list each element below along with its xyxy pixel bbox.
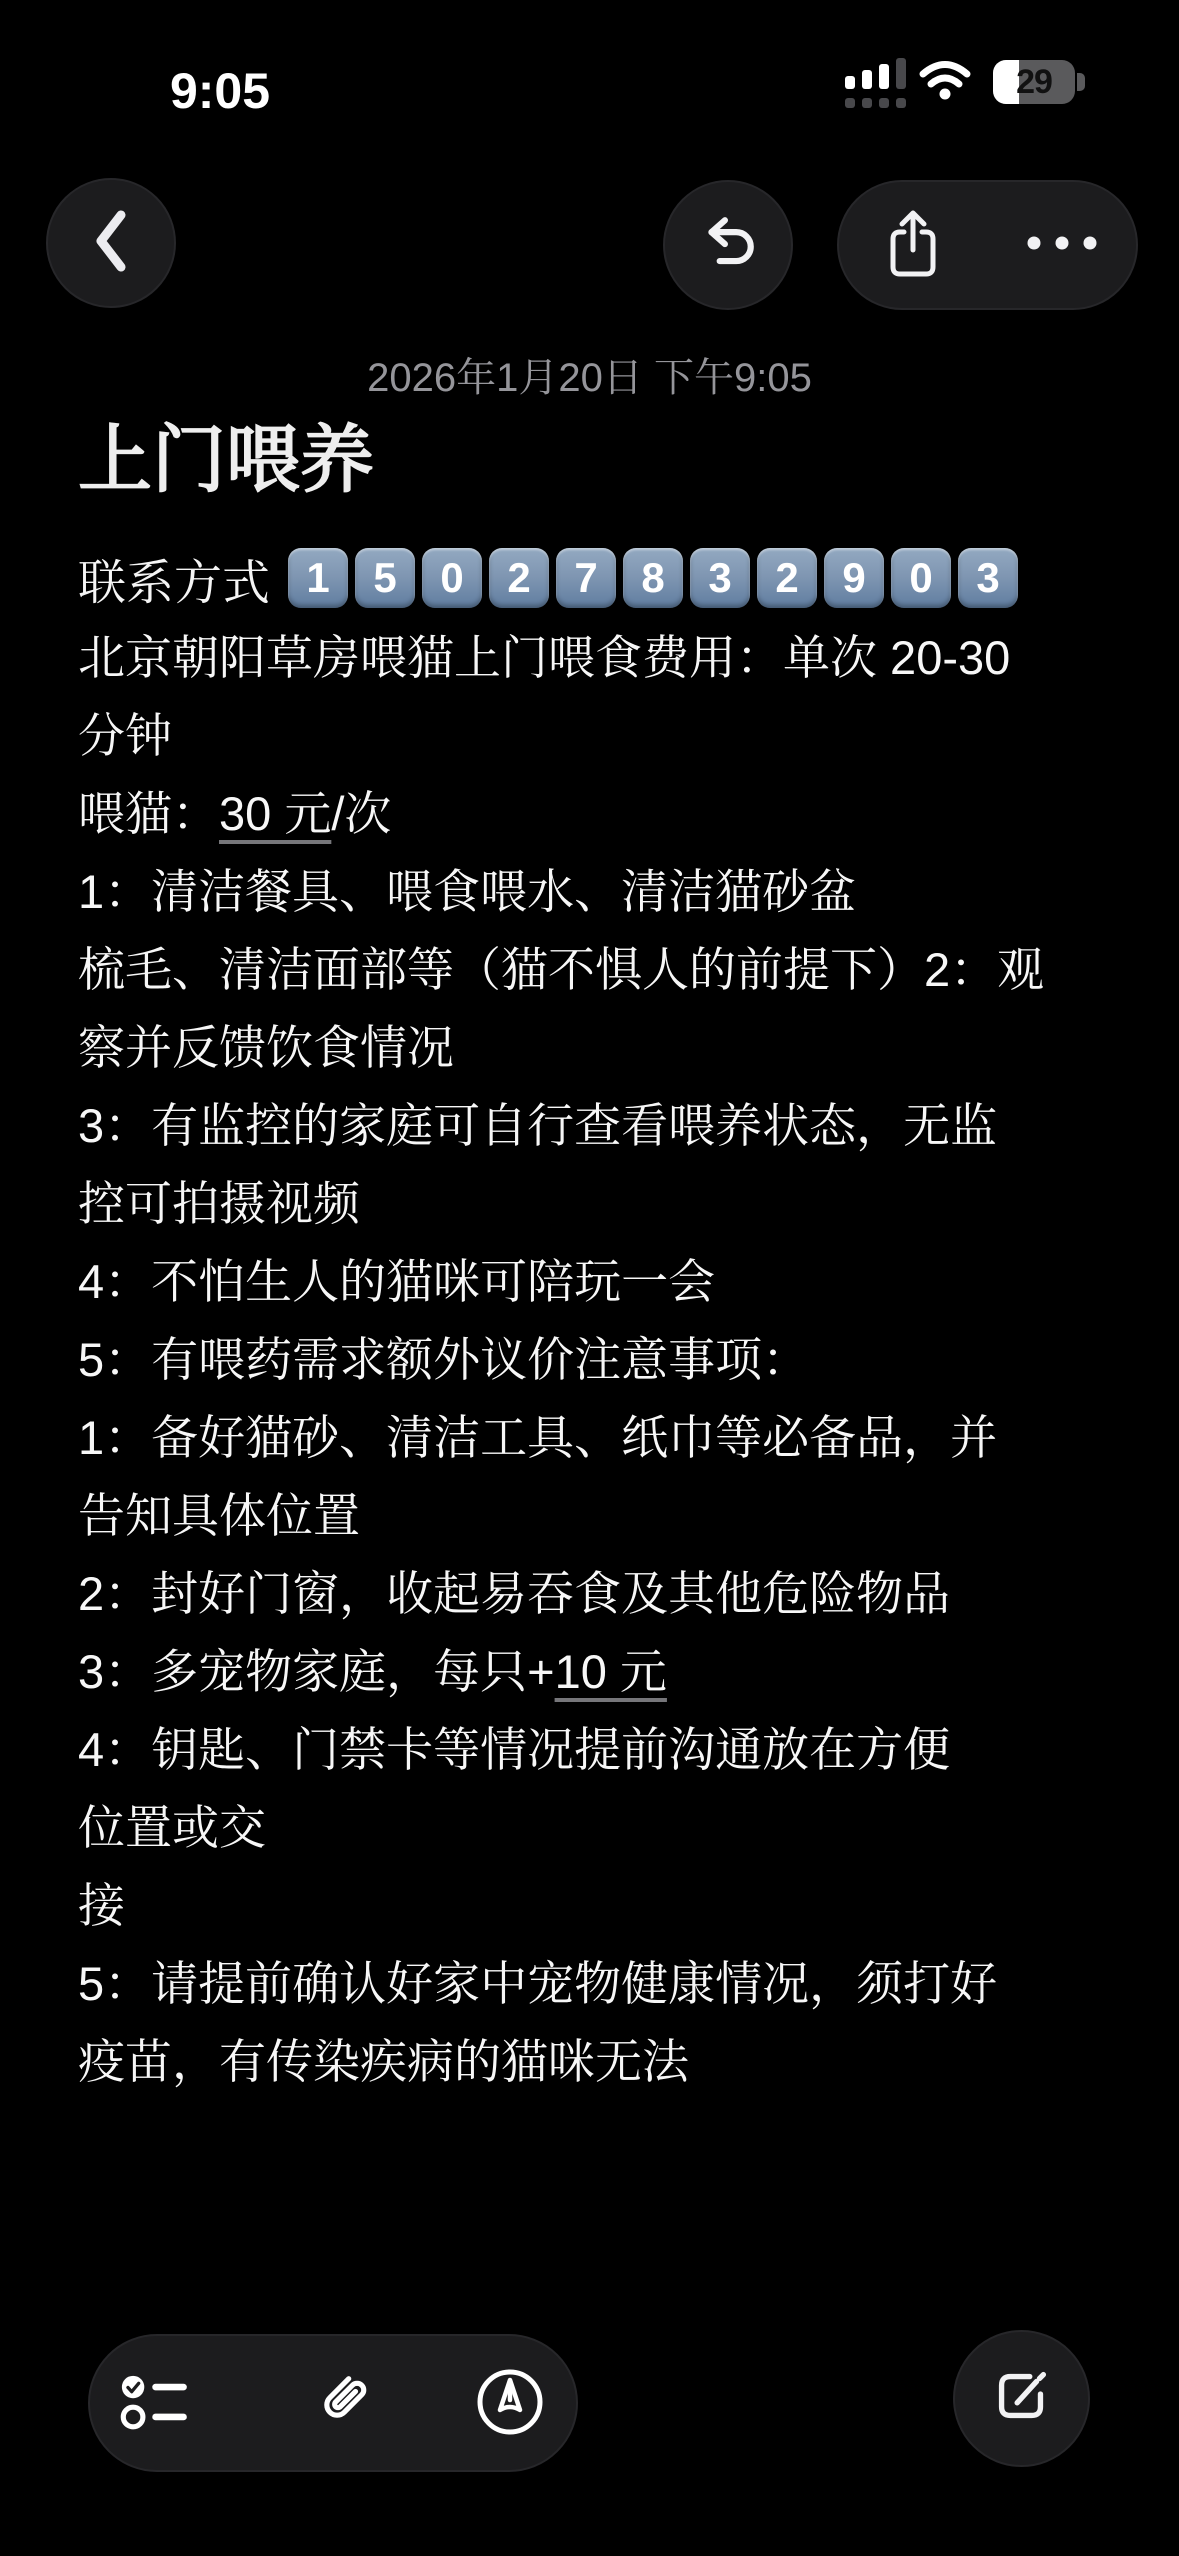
note-line: 分钟: [78, 697, 1149, 775]
phone-digit-keycap: 3: [690, 548, 750, 608]
note-line: 疫苗，有传染疾病的猫咪无法: [78, 2023, 1149, 2101]
nav-actions-pill: [837, 180, 1138, 310]
phone-digit-keycap: 0: [891, 548, 951, 608]
compose-button[interactable]: [953, 2330, 1090, 2467]
notes-app-screen: 9:05 29: [0, 0, 1179, 2556]
note-line: 4：不怕生人的猫咪可陪玩一会: [78, 1243, 1149, 1321]
signal-bar: [879, 64, 889, 89]
undo-button[interactable]: [663, 180, 793, 310]
ellipsis-icon: [1027, 236, 1097, 255]
signal-bar-secondary: [862, 98, 872, 108]
battery-nub: [1077, 73, 1085, 91]
note-line: 1：清洁餐具、喂食喂水、清洁猫砂盆: [78, 853, 1149, 931]
note-line: 喂猫：30 元/次: [78, 775, 1149, 853]
note-date: 2026年1月20日 下午9:05: [0, 346, 1179, 403]
note-body-lines[interactable]: 北京朝阳草房喂猫上门喂食费用：单次 20-30分钟喂猫：30 元/次1：清洁餐具…: [78, 619, 1149, 2101]
chevron-left-icon: [89, 207, 133, 280]
phone-digit-keycap: 2: [489, 548, 549, 608]
contact-row: 联系方式 15027832903: [78, 548, 1018, 608]
pen-circle-icon: [474, 2366, 546, 2441]
note-line: 1：备好猫砂、清洁工具、纸巾等必备品，并: [78, 1399, 1149, 1477]
battery-percent: 29: [993, 60, 1075, 104]
compose-icon: [987, 2361, 1057, 2436]
note-line: 3：多宠物家庭，每只+10 元: [78, 1633, 1149, 1711]
checklist-icon: [120, 2371, 206, 2436]
note-line: 控可拍摄视频: [78, 1165, 1149, 1243]
note-line: 4：钥匙、门禁卡等情况提前沟通放在方便: [78, 1711, 1149, 1789]
note-line: 告知具体位置: [78, 1477, 1149, 1555]
note-line: 接: [78, 1867, 1149, 1945]
share-icon: [884, 206, 942, 285]
phone-digit-keycap: 5: [355, 548, 415, 608]
phone-digit-keycap: 2: [757, 548, 817, 608]
phone-number-keycaps: 15027832903: [288, 548, 1018, 608]
note-line: 3：有监控的家庭可自行查看喂养状态，无监: [78, 1087, 1149, 1165]
share-button[interactable]: [839, 182, 988, 308]
paperclip-icon: [303, 2365, 377, 2442]
phone-digit-keycap: 0: [422, 548, 482, 608]
contact-label: 联系方式: [78, 544, 270, 613]
signal-bar-secondary: [879, 98, 889, 108]
note-line: 位置或交: [78, 1789, 1149, 1867]
note-line: 梳毛、清洁面部等（猫不惧人的前提下）2：观: [78, 931, 1149, 1009]
undo-arrow-icon: [697, 214, 759, 277]
back-button[interactable]: [46, 178, 176, 308]
signal-bar: [862, 70, 872, 89]
markup-button[interactable]: [474, 2366, 546, 2441]
note-line: 2：封好门窗，收起易吞食及其他危险物品: [78, 1555, 1149, 1633]
battery-icon: 29: [993, 60, 1075, 104]
note-line: 北京朝阳草房喂猫上门喂食费用：单次 20-30: [78, 619, 1149, 697]
phone-digit-keycap: 3: [958, 548, 1018, 608]
signal-bar: [896, 58, 906, 89]
phone-digit-keycap: 9: [824, 548, 884, 608]
signal-bar-secondary: [896, 98, 906, 108]
note-line: 5：有喂药需求额外议价注意事项：: [78, 1321, 1149, 1399]
status-time: 9:05: [140, 62, 300, 120]
phone-digit-keycap: 1: [288, 548, 348, 608]
phone-digit-keycap: 7: [556, 548, 616, 608]
note-line: 察并反馈饮食情况: [78, 1009, 1149, 1087]
wifi-icon: [918, 60, 972, 107]
note-line: 5：请提前确认好家中宠物健康情况，须打好: [78, 1945, 1149, 2023]
cellular-signal-icon: [845, 58, 907, 108]
checklist-button[interactable]: [120, 2371, 206, 2436]
phone-digit-keycap: 8: [623, 548, 683, 608]
signal-bar-secondary: [845, 98, 855, 108]
attachment-button[interactable]: [303, 2365, 377, 2442]
bottom-toolbar: [88, 2334, 578, 2472]
signal-bar: [845, 76, 855, 89]
more-button[interactable]: [988, 182, 1137, 308]
note-title[interactable]: 上门喂养: [78, 420, 1119, 500]
